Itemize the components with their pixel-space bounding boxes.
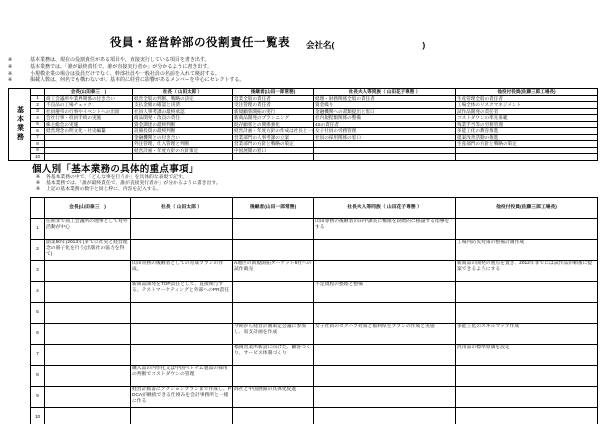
row-number: 2 <box>31 240 45 261</box>
table-cell-successor: A地区の新規開拓ターゲット5社への試作販売 <box>233 261 314 282</box>
table-row: 6 今期から経営計画策定会議に参加し、収支計画を作成 女子社員のセクハラ対策と福… <box>31 324 598 345</box>
table-cell-presidents-wife <box>314 387 456 408</box>
table-cell-president <box>131 303 233 324</box>
table-cell-successor: 今期から経営計画策定会議に参加し、収支計画を作成 <box>233 324 314 345</box>
table-cell-chairman <box>45 408 131 424</box>
row-number: 7 <box>31 345 45 366</box>
table-cell-president <box>131 219 233 240</box>
note-line: ※基本業務では、「誰が最終責任で、誰が直接実行者か」が分かるように書き出す。 <box>8 64 244 71</box>
company-close-paren: ) <box>422 40 425 50</box>
company-name-field: 会社名() <box>306 39 425 51</box>
document-page: { "marker": "※", "header": { "title": "役… <box>0 0 600 424</box>
note-line: ※掲載人数は、何名でも構わないが、基本的に経営に影響があるメンバーを中心にセレク… <box>8 77 244 84</box>
table-cell-chairman: 任期まで商工会議所の理事として対外活動が中心 <box>45 219 131 240</box>
table-cell-successor <box>233 408 314 424</box>
header-successor: 後継者(山田一郎常務) <box>233 198 314 219</box>
table-cell-other-officer <box>456 366 598 387</box>
table-cell-presidents-wife <box>314 345 456 366</box>
table-row: 7 福岡営業所新設に向けた、顧客づくり、サービス体制づくり 汎用品の標準原価を設… <box>31 345 598 366</box>
table-cell-presidents-wife <box>314 261 456 282</box>
table-cell-chairman <box>45 154 133 161</box>
note-marker: ※ <box>8 64 30 71</box>
table-cell-chairman <box>45 366 131 387</box>
table-header-row: 会長(山田泰三 ) 社長（ 山田太郎 ） 後継者(山田一郎常務) 社長夫人等同族… <box>31 198 598 219</box>
table-cell-chairman <box>45 345 131 366</box>
note-text: 基本業務は、現在の役割責任がある項目や、直接実行している項目を書き出す。 <box>30 57 210 64</box>
section2-title: 個人別「基本業務の具体的重点事項」 <box>32 161 199 175</box>
table-cell-president <box>133 154 233 161</box>
row-number: 4 <box>31 282 45 303</box>
table-cell-president <box>131 324 233 345</box>
page-title: 役員・経営幹部の役割責任一覧表 <box>110 34 290 50</box>
row-number: 10 <box>31 408 45 424</box>
notes-bottom: ※各基本業務の中で、「どんな事を行うか」を具体的な表現で記す。 ※基本業務では、… <box>36 175 221 194</box>
table-cell-other-officer: 工場内防災対策の整備計画作成 <box>456 240 598 261</box>
table-cell-presidents-wife <box>314 366 456 387</box>
table-cell-president: 経営計画書にアクションプランまで作成し、PDCAが継続できる仕組みを会計事務所と… <box>131 387 233 408</box>
header-chairman: 会長(山田泰三 ) <box>45 198 131 219</box>
row-number: 1 <box>31 219 45 240</box>
table-row: 2 創業50年(2013年)までに社史と経営理念の冊子化を行う(出版社の協力を得… <box>31 240 598 261</box>
table-cell-other-officer: 汎用品の標準原価を設定 <box>456 345 598 366</box>
note-text: 掲載人数は、何名でも構わないが、基本的に経営に影響があるメンバーを中心にセレクト… <box>30 77 244 84</box>
note-marker: ※ <box>8 57 30 64</box>
basic-duties-table-body: 会長(山田泰三 ) 社長（ 山田太郎 ） 後継者(山田一郎常務) 社長夫人等同族… <box>31 89 598 161</box>
row-number: 5 <box>31 303 45 324</box>
table-cell-president: 山田常務の後継者としての育成プランの作成。 <box>131 261 233 282</box>
table-cell-chairman <box>45 303 131 324</box>
table-cell-president <box>131 345 233 366</box>
row-number: 8 <box>31 366 45 387</box>
table-cell-chairman: 創業50年(2013年)までに社史と経営理念の冊子化を行う(出版社の協力を得て) <box>45 240 131 261</box>
table-cell-other-officer: 多能工化のスキルマップ作成 <box>456 324 598 345</box>
table-row: 8 購入品の内作化又は中国ベトナム製品の採用の判断でコストダウンの管理 <box>31 366 598 387</box>
side-label-text: 基本業務 <box>15 106 25 142</box>
table-cell-chairman <box>45 324 131 345</box>
row-number: 10 <box>31 154 45 161</box>
header-other-officer: 他役付役員(佐藤三郎工場長) <box>456 198 598 219</box>
note-text: 基本業務では、「誰が最終責任で、誰が直接実行者か」が分かるように書き出す。 <box>30 64 212 71</box>
table-cell-presidents-wife: 女子社員のセクハラ対策と福利厚生プランの作成と実施 <box>314 324 456 345</box>
table-row: 5 <box>31 303 598 324</box>
table-cell-presidents-wife <box>314 303 456 324</box>
table-cell-president <box>131 408 233 424</box>
table-row: 10 <box>31 408 598 424</box>
notes-top: ※基本業務は、現在の役割責任がある項目や、直接実行している項目を書き出す。 ※基… <box>8 57 244 84</box>
row-number: 6 <box>31 324 45 345</box>
table-cell-successor <box>233 240 314 261</box>
table-cell-successor <box>233 366 314 387</box>
table-cell-other-officer <box>456 303 598 324</box>
table-cell-successor: 商社と中国展開の具体化促進 <box>233 387 314 408</box>
table-cell-chairman <box>45 261 131 282</box>
table-cell-president <box>131 240 233 261</box>
table-cell-presidents-wife <box>314 240 456 261</box>
basic-duties-table: 基本業務 会長(山田泰三 ) 社長（ 山田太郎 ） 後継者(山田一郎常務) 社長… <box>8 88 598 161</box>
row-number: 9 <box>31 387 45 408</box>
note-text: 上記の基本業務の数字と同じ枠に、内容を記入する。 <box>46 187 161 193</box>
table-row: 1 任期まで商工会議所の理事として対外活動が中心 山田専務の後継者の田中課長に権… <box>31 219 598 240</box>
header-president: 社長（ 山田太郎 ） <box>131 198 233 219</box>
table-cell-successor <box>233 219 314 240</box>
table-cell-other-officer <box>456 219 598 240</box>
table-row: 4 新商品開発をTOP責任として、直接関与する。テストマーケティングと外部へのP… <box>31 282 598 303</box>
note-line: ※上記の基本業務の数字と同じ枠に、内容を記入する。 <box>36 187 221 193</box>
table-row: 3 山田常務の後継者としての育成プランの作成。 A地区の新規開拓ターゲット5社へ… <box>31 261 598 282</box>
table-cell-other-officer: 新商品の開発の重点を置き、2012年までには試作品が順番に提案できるようにする <box>456 261 598 282</box>
table-cell-presidents-wife <box>314 408 456 424</box>
table-cell-president: 購入品の内作化又は中国ベトナム製品の採用の判断でコストダウンの管理 <box>131 366 233 387</box>
table-cell-other-officer <box>456 154 598 161</box>
table-cell-president: 新商品開発をTOP責任として、直接関与する。テストマーケティングと外部へのPR責… <box>131 282 233 303</box>
table-cell-chairman <box>45 282 131 303</box>
company-label: 会社名( <box>306 40 334 50</box>
table-cell-successor <box>233 154 314 161</box>
note-marker: ※ <box>8 77 30 84</box>
key-items-table: 会長(山田泰三 ) 社長（ 山田太郎 ） 後継者(山田一郎常務) 社長夫人等同族… <box>30 197 598 424</box>
table-cell-other-officer <box>456 387 598 408</box>
table-cell-presidents-wife: 不足規程の整理と整備 <box>314 282 456 303</box>
note-line: ※基本業務は、現在の役割責任がある項目や、直接実行している項目を書き出す。 <box>8 57 244 64</box>
table-cell-successor <box>233 303 314 324</box>
note-marker: ※ <box>8 71 30 78</box>
row-number: 3 <box>31 261 45 282</box>
note-marker: ※ <box>36 187 46 193</box>
side-label-basic-duties: 基本業務 <box>9 89 31 161</box>
table-cell-presidents-wife: 山田専務の後継者の田中課長に権限を段階的に移譲する指導をする <box>314 219 456 240</box>
header-number-cell <box>31 198 45 219</box>
table-cell-chairman <box>45 387 131 408</box>
table-row: 9 経営計画書にアクションプランまで作成し、PDCAが継続できる仕組みを会計事務… <box>31 387 598 408</box>
table-cell-successor: 福岡営業所新設に向けた、顧客づくり、サービス体制づくり <box>233 345 314 366</box>
header-presidents-wife: 社長夫人等同族（ 山田花子専務 ） <box>314 198 456 219</box>
table-cell-successor <box>233 282 314 303</box>
table-row: 10 <box>31 154 598 161</box>
table-cell-other-officer <box>456 408 598 424</box>
table-cell-other-officer <box>456 282 598 303</box>
table-cell-presidents-wife <box>314 154 456 161</box>
